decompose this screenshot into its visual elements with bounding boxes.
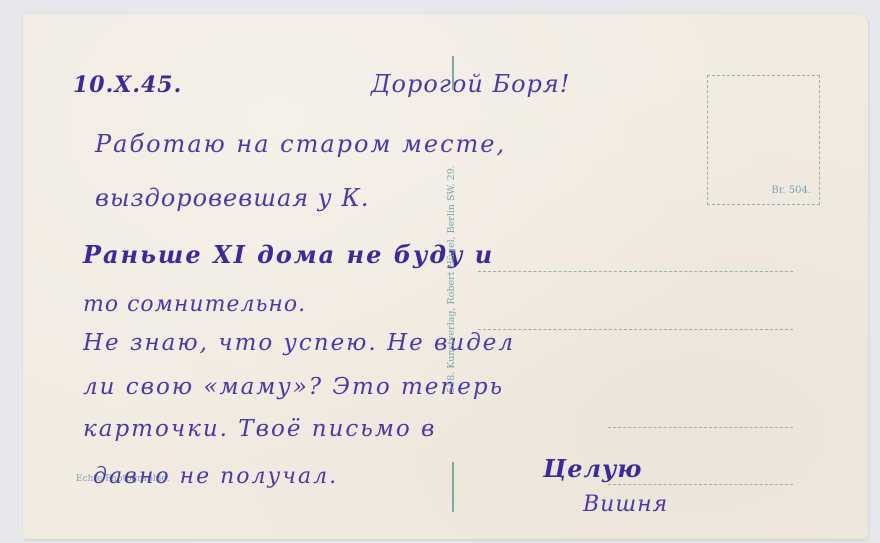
address-line-2 — [478, 329, 793, 330]
stamp-box-label: Br. 504. — [771, 185, 811, 196]
handwritten-line: давно не получал. — [93, 464, 338, 489]
address-line-1 — [478, 271, 793, 272]
address-line-3 — [608, 427, 793, 428]
handwritten-line: ли свою «маму»? Это теперь — [83, 374, 504, 400]
postcard-back: Br. 504. Echte Photographie. 10.X.45. До… — [23, 14, 868, 539]
divider-segment-bottom — [452, 462, 454, 512]
stamp-box: Br. 504. — [707, 75, 820, 205]
handwritten-line: карточки. Твоё письмо в — [83, 416, 436, 442]
address-line-4 — [608, 484, 793, 485]
vertical-imprint-wrap: 518. Kunstverlag, Robert Hügel, Berlin S… — [445, 99, 459, 459]
divider-segment-top — [452, 56, 454, 90]
handwritten-signature: Вишня — [583, 492, 668, 517]
handwritten-line: выздоровевшая у К. — [95, 184, 370, 212]
handwritten-line: то сомнительно. — [83, 292, 306, 317]
handwritten-greeting: Дорогой Боря! — [371, 70, 570, 98]
handwritten-closing: Целую — [543, 454, 642, 483]
vertical-imprint: 518. Kunstverlag, Robert Hügel, Berlin S… — [445, 99, 459, 459]
handwritten-date: 10.X.45. — [73, 72, 182, 98]
handwritten-line: Раньше XI дома не буду и — [83, 240, 494, 269]
